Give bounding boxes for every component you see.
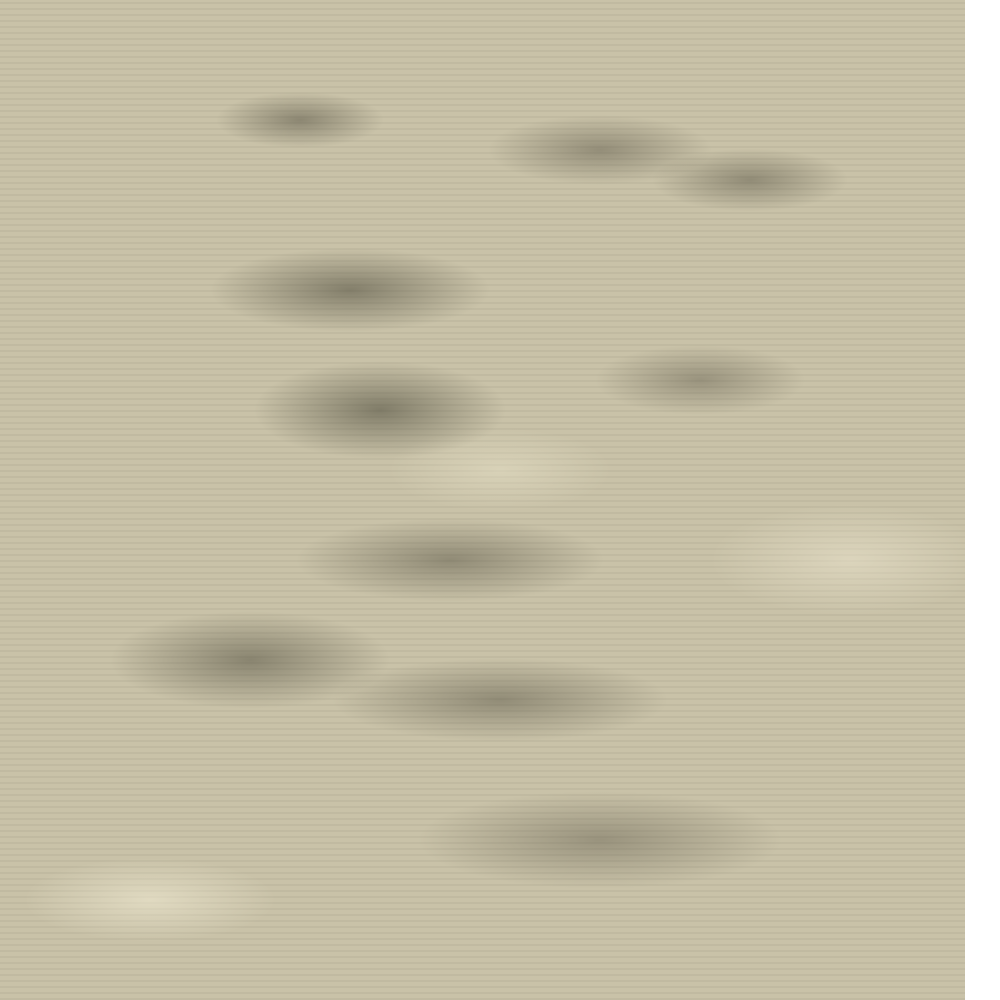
rug-texture-image <box>0 0 965 1000</box>
